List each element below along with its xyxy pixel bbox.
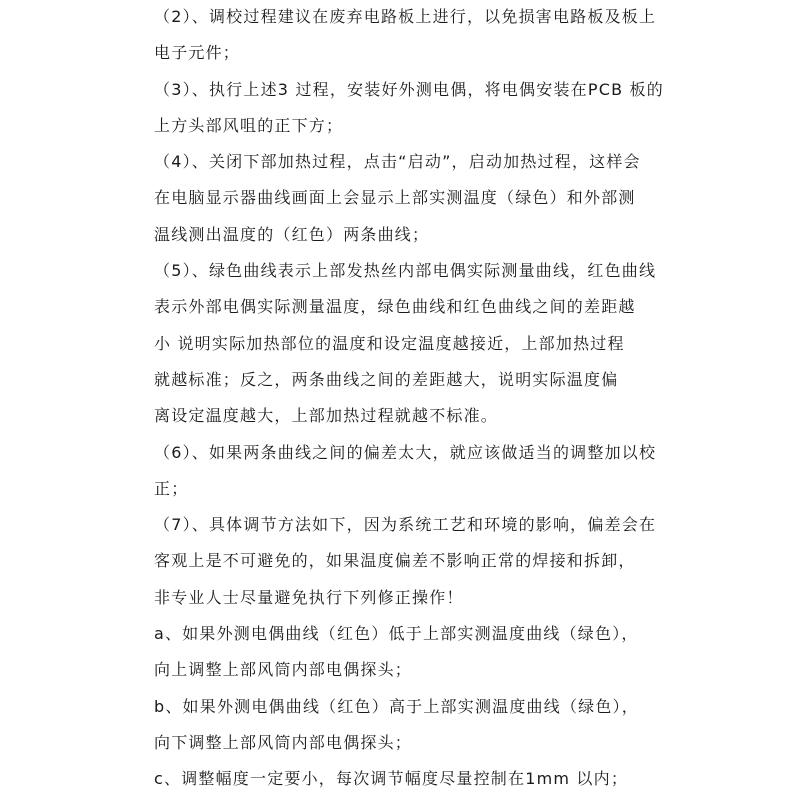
text-line: 向下调整上部风筒内部电偶探头；	[154, 731, 654, 767]
text-line: 在电脑显示器曲线画面上会显示上部实测温度（绿色）和外部测	[154, 186, 654, 222]
text-line: （3）、执行上述3 过程，安装好外测电偶，将电偶安装在PCB 板的	[154, 78, 654, 114]
text-line: （2）、调校过程建议在废弃电路板上进行，以免损害电路板及板上	[154, 5, 654, 41]
text-line: 小 说明实际加热部位的温度和设定温度越接近，上部加热过程	[154, 332, 654, 368]
text-line: 正；	[154, 477, 654, 513]
text-line: （4）、关闭下部加热过程，点击“启动”，启动加热过程，这样会	[154, 150, 654, 186]
text-line: 电子元件；	[154, 41, 654, 77]
text-line: 就越标准；反之，两条曲线之间的差距越大，说明实际温度偏	[154, 368, 654, 404]
text-line: 非专业人士尽量避免执行下列修正操作！	[154, 586, 654, 622]
text-line: （5）、绿色曲线表示上部发热丝内部电偶实际测量曲线，红色曲线	[154, 259, 654, 295]
text-line: 向上调整上部风筒内部电偶探头；	[154, 658, 654, 694]
text-line: 上方头部风咀的正下方；	[154, 114, 654, 150]
text-line: 温线测出温度的（红色）两条曲线；	[154, 223, 654, 259]
text-line: 表示外部电偶实际测量温度，绿色曲线和红色曲线之间的差距越	[154, 295, 654, 331]
text-line: 客观上是不可避免的，如果温度偏差不影响正常的焊接和拆卸，	[154, 549, 654, 585]
text-line: 离设定温度越大，上部加热过程就越不标准。	[154, 404, 654, 440]
text-line: （6）、如果两条曲线之间的偏差太大，就应该做适当的调整加以校	[154, 441, 654, 477]
document-body: （2）、调校过程建议在废弃电路板上进行，以免损害电路板及板上 电子元件； （3）…	[154, 5, 654, 800]
text-line: c、调整幅度一定要小，每次调节幅度尽量控制在1mm 以内；	[154, 767, 654, 800]
text-line: a、如果外测电偶曲线（红色）低于上部实测温度曲线（绿色），	[154, 622, 654, 658]
text-line: （7）、具体调节方法如下，因为系统工艺和环境的影响，偏差会在	[154, 513, 654, 549]
text-line: b、如果外测电偶曲线（红色）高于上部实测温度曲线（绿色），	[154, 695, 654, 731]
